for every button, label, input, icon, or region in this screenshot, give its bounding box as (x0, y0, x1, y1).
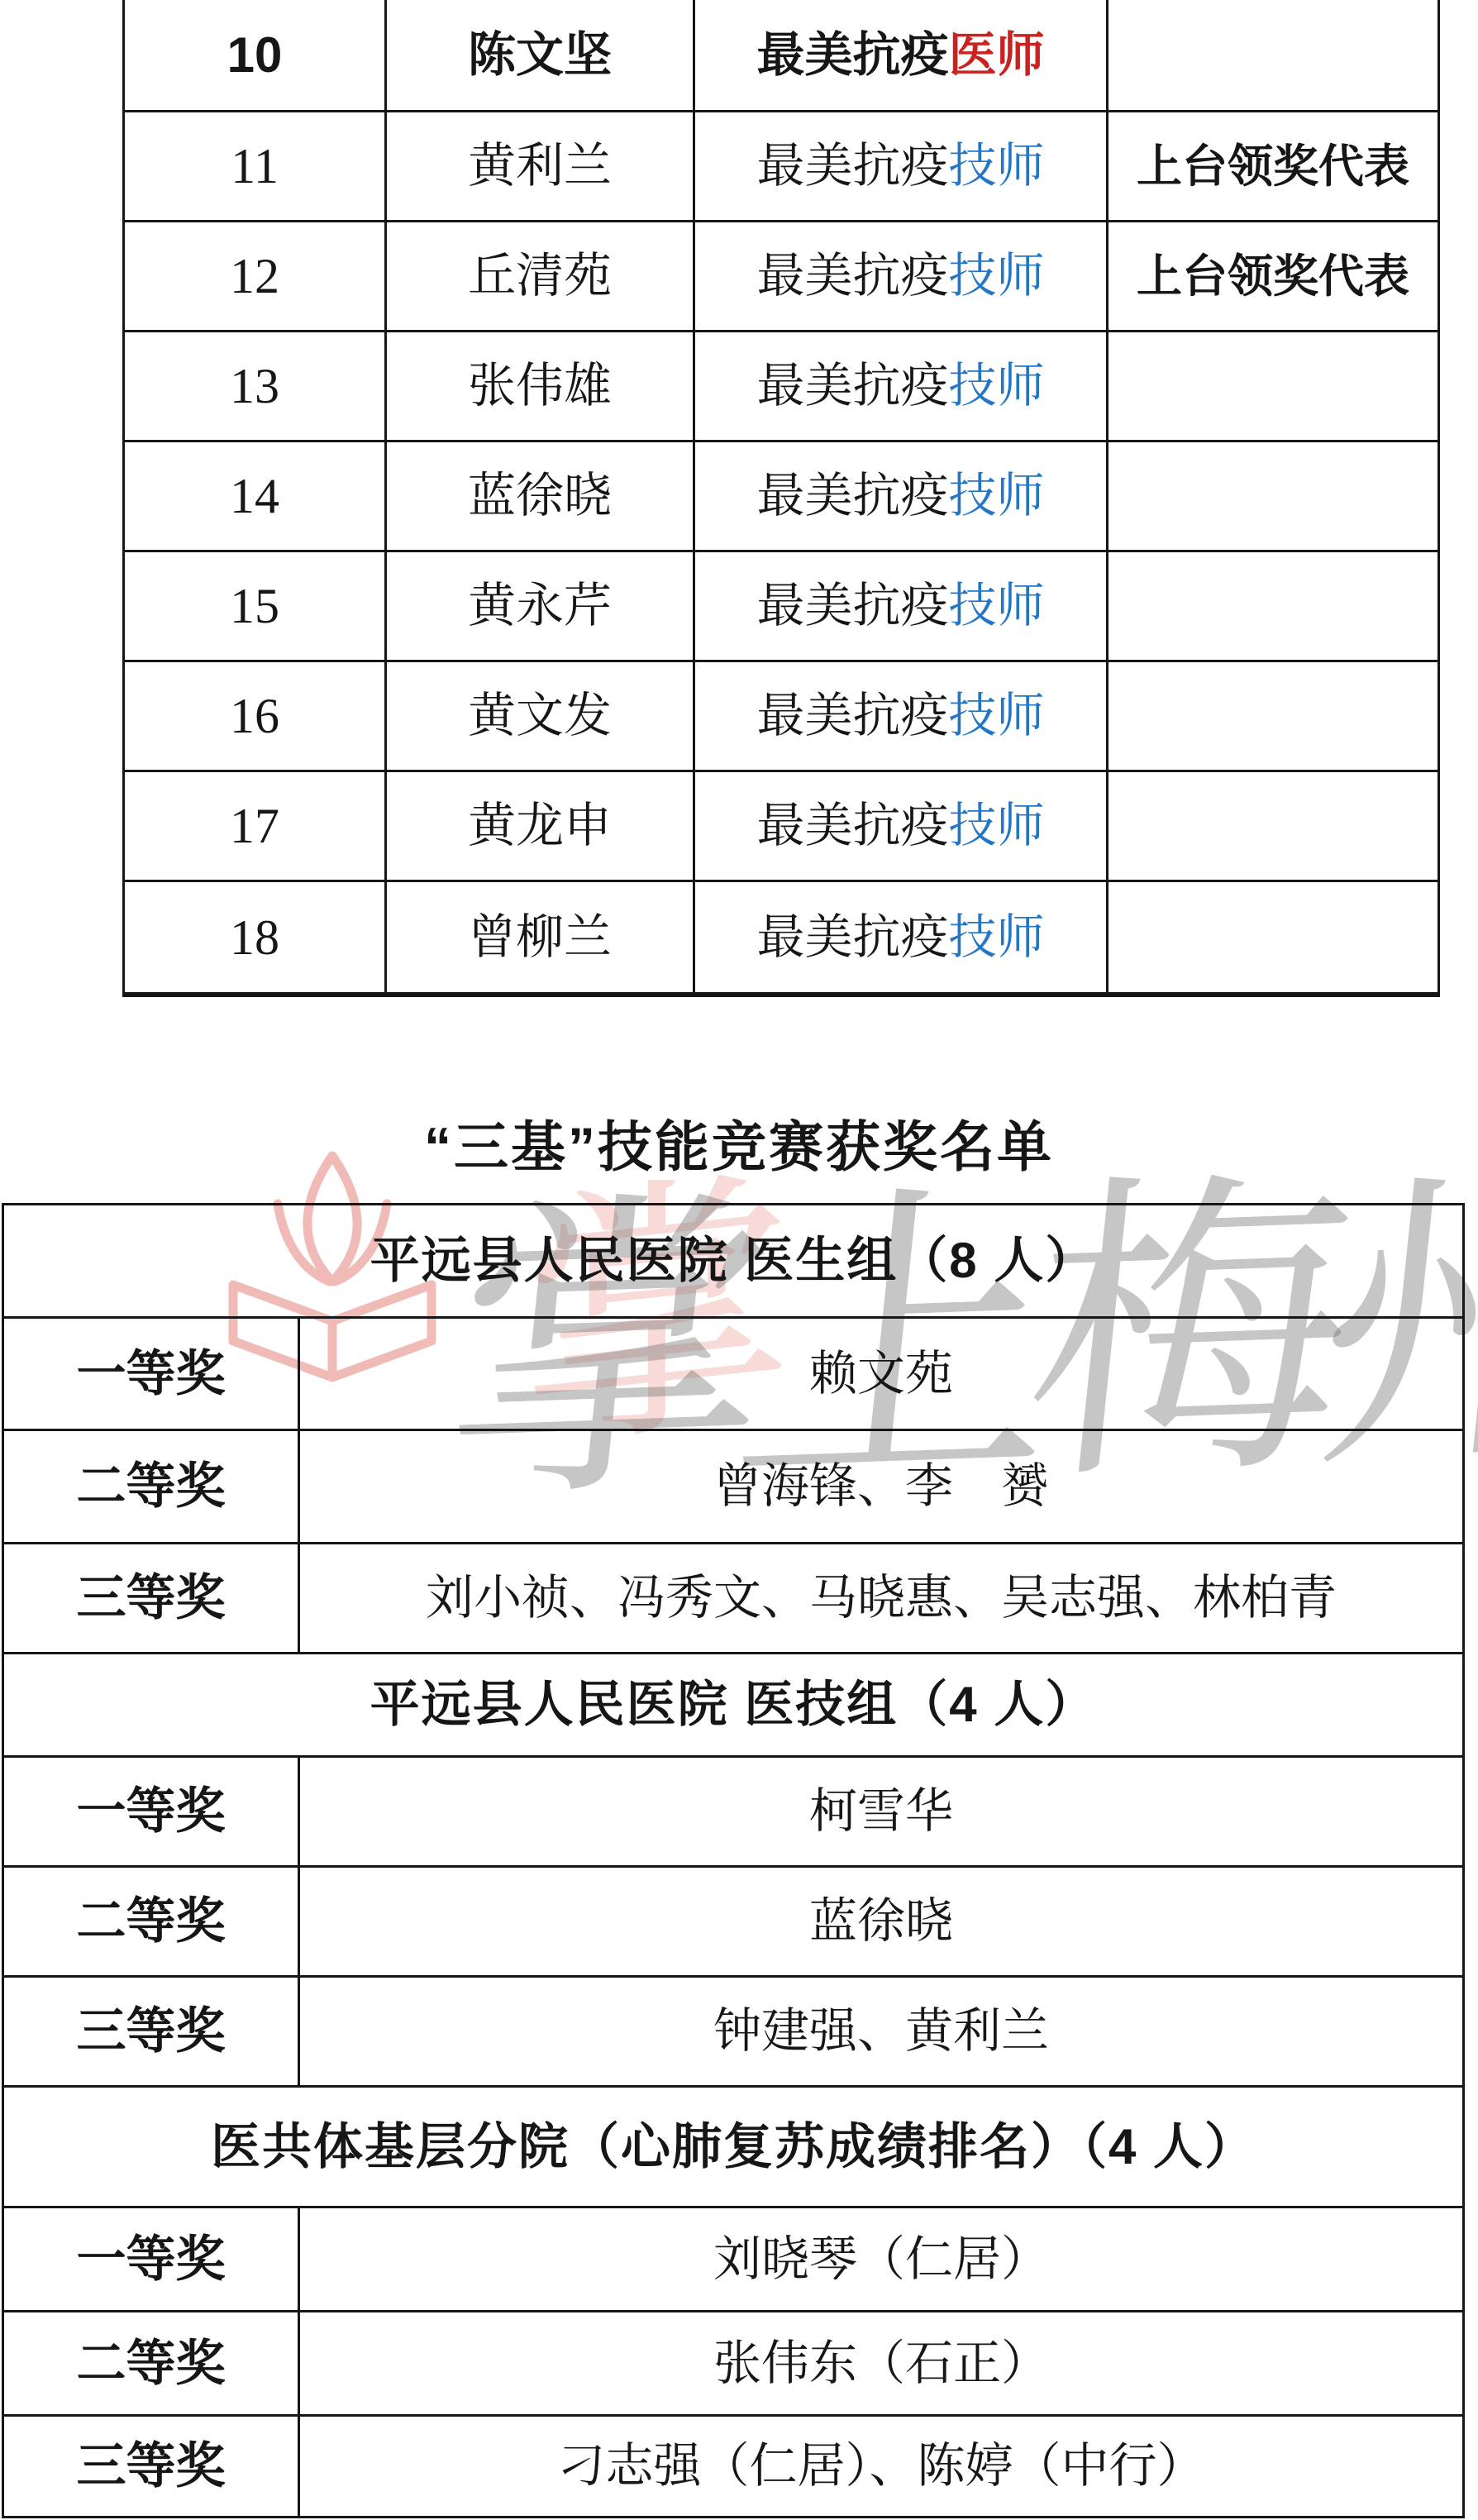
rank-cell: 三等奖 (4, 1978, 300, 2088)
award-role-technician: 技师 (949, 362, 1045, 410)
award-prefix: 最美抗疫 (756, 472, 948, 520)
name-cell: 黄龙申 (387, 772, 695, 882)
name-cell: 蓝徐晓 (387, 442, 695, 552)
name-cell: 曾柳兰 (387, 882, 695, 992)
award-cell: 最美抗疫技师 (695, 662, 1108, 772)
antiepidemic-roster-table: 10 陈文坚 最美抗疫医师 11 黄利兰 最美抗疫技师 上台领奖代表 12 丘清… (122, 0, 1440, 997)
name-cell: 黄文发 (387, 662, 695, 772)
rank-cell: 三等奖 (4, 1544, 300, 1654)
row-number-cell: 18 (125, 882, 387, 992)
rank-cell: 二等奖 (4, 1868, 300, 1978)
award-cell: 最美抗疫技师 (695, 112, 1108, 222)
row-number-cell: 13 (125, 332, 387, 442)
award-cell: 最美抗疫技师 (695, 442, 1108, 552)
note-cell: 上台领奖代表 (1108, 112, 1440, 222)
winners-cell: 赖文苑 (300, 1319, 1462, 1431)
winners-cell: 钟建强、黄利兰 (300, 1978, 1462, 2088)
note-cell (1108, 662, 1440, 772)
rank-cell: 一等奖 (4, 2208, 300, 2312)
award-cell: 最美抗疫技师 (695, 222, 1108, 332)
note-cell: 上台领奖代表 (1108, 222, 1440, 332)
row-number-cell: 12 (125, 222, 387, 332)
rank-cell: 二等奖 (4, 1431, 300, 1544)
rank-cell: 三等奖 (4, 2417, 300, 2516)
name-cell: 陈文坚 (387, 0, 695, 112)
name-cell: 丘清苑 (387, 222, 695, 332)
award-prefix: 最美抗疫 (756, 252, 948, 300)
note-cell (1108, 0, 1440, 112)
award-prefix: 最美抗疫 (756, 362, 948, 410)
winners-cell: 曾海锋、李 赟 (300, 1431, 1462, 1544)
page-title: “三基”技能竞赛获奖名单 (0, 1114, 1478, 1180)
rank-cell: 一等奖 (4, 1758, 300, 1868)
row-number-cell: 11 (125, 112, 387, 222)
row-number-cell: 17 (125, 772, 387, 882)
award-cell: 最美抗疫医师 (695, 0, 1108, 112)
section-header-doctor-group: 平远县人民医院 医生组（8 人） (4, 1205, 1462, 1319)
winners-cell: 张伟东（石正） (300, 2312, 1462, 2417)
award-prefix: 最美抗疫 (756, 31, 948, 79)
winners-cell: 刘小祯、冯秀文、马晓惠、吴志强、林柏青 (300, 1544, 1462, 1654)
award-cell: 最美抗疫技师 (695, 772, 1108, 882)
section-header-branch-clinics: 医共体基层分院（心肺复苏成绩排名）（4 人） (4, 2088, 1462, 2208)
award-role-technician: 技师 (949, 472, 1045, 520)
award-role-technician: 技师 (949, 914, 1045, 962)
note-cell (1108, 882, 1440, 992)
name-cell: 黄利兰 (387, 112, 695, 222)
name-cell: 张伟雄 (387, 332, 695, 442)
award-prefix: 最美抗疫 (756, 582, 948, 630)
document-page: { "colors": { "text": "#161616", "award_… (0, 0, 1478, 2520)
award-prefix: 最美抗疫 (756, 802, 948, 850)
note-cell (1108, 552, 1440, 662)
winners-cell: 蓝徐晓 (300, 1868, 1462, 1978)
award-role-technician: 技师 (949, 142, 1045, 190)
award-prefix: 最美抗疫 (756, 142, 948, 190)
note-cell (1108, 332, 1440, 442)
note-cell (1108, 772, 1440, 882)
award-prefix: 最美抗疫 (756, 914, 948, 962)
award-cell: 最美抗疫技师 (695, 332, 1108, 442)
rank-cell: 二等奖 (4, 2312, 300, 2417)
award-cell: 最美抗疫技师 (695, 882, 1108, 992)
winners-cell: 刘晓琴（仁居） (300, 2208, 1462, 2312)
award-role-technician: 技师 (949, 692, 1045, 740)
row-number-cell: 15 (125, 552, 387, 662)
section-header-medtech-group: 平远县人民医院 医技组（4 人） (4, 1654, 1462, 1758)
award-role-technician: 技师 (949, 252, 1045, 300)
award-role-doctor: 医师 (949, 31, 1045, 79)
award-role-technician: 技师 (949, 582, 1045, 630)
name-cell: 黄永芹 (387, 552, 695, 662)
winners-cell: 柯雪华 (300, 1758, 1462, 1868)
competition-results-table: 平远县人民医院 医生组（8 人） 一等奖 赖文苑 二等奖 曾海锋、李 赟 三等奖… (2, 1203, 1465, 2518)
row-number-cell: 14 (125, 442, 387, 552)
rank-cell: 一等奖 (4, 1319, 300, 1431)
row-number-cell: 10 (125, 0, 387, 112)
row-number-cell: 16 (125, 662, 387, 772)
award-prefix: 最美抗疫 (756, 692, 948, 740)
award-role-technician: 技师 (949, 802, 1045, 850)
note-cell (1108, 442, 1440, 552)
winners-cell: 刁志强（仁居）、陈婷（中行） (300, 2417, 1462, 2516)
award-cell: 最美抗疫技师 (695, 552, 1108, 662)
